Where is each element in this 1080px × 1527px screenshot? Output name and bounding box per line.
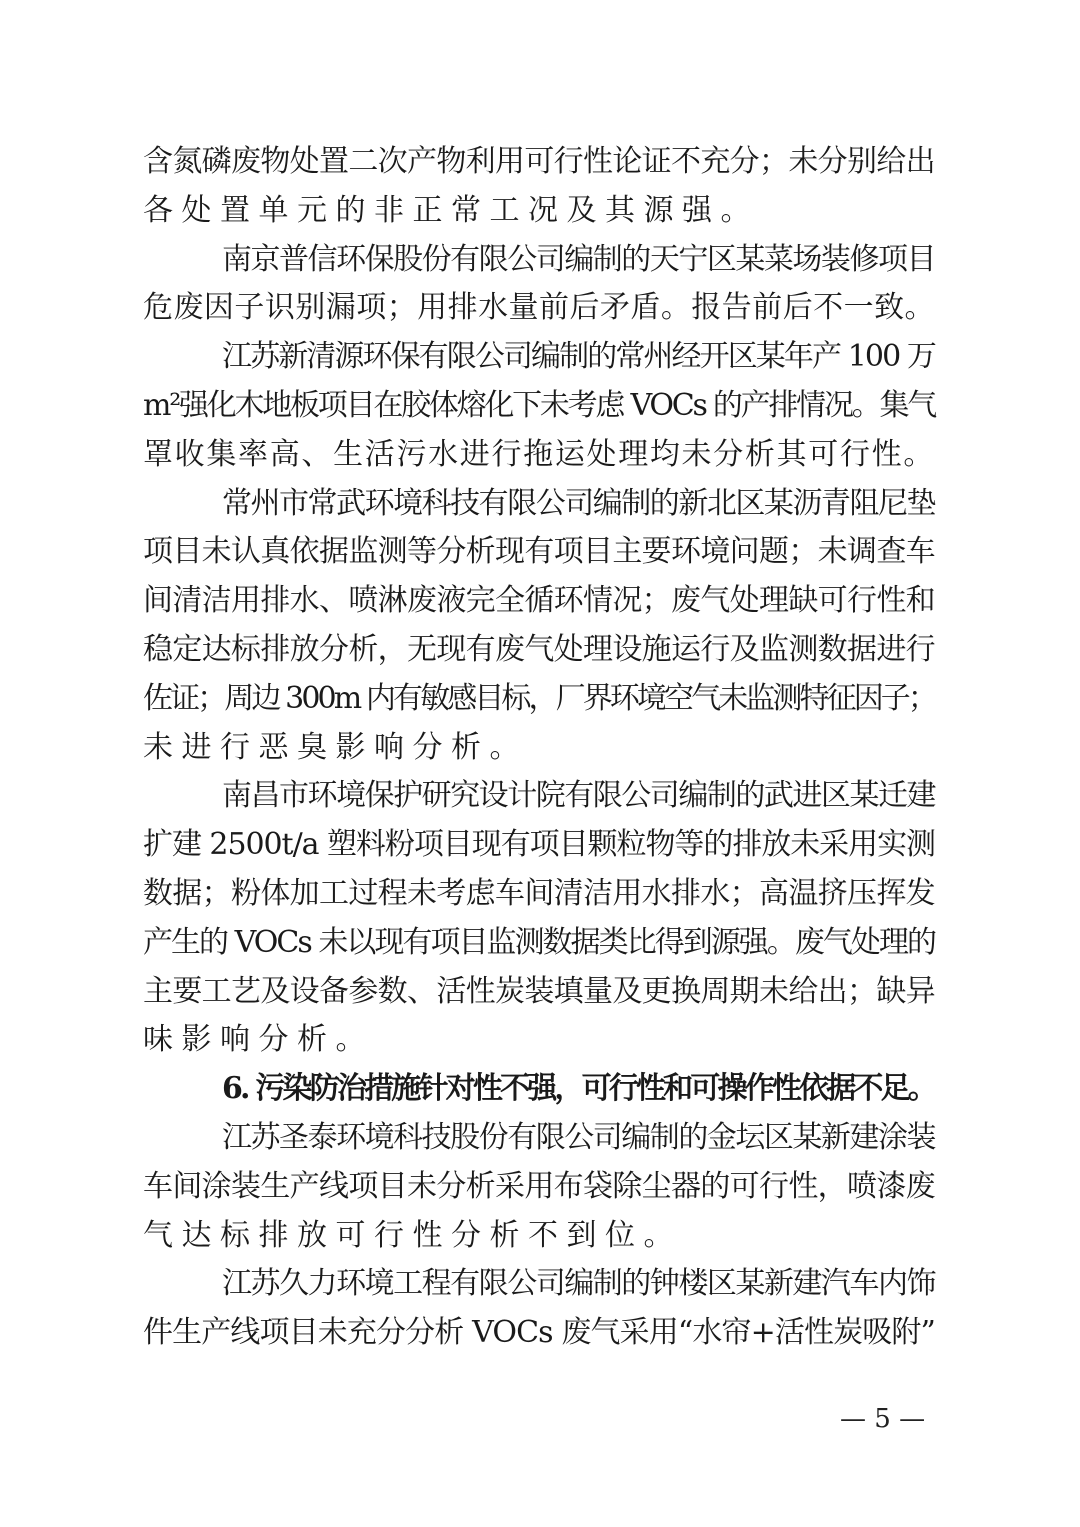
text-line: m²强化木地板项目在胶体熔化下未考虑 VOCs 的产排情况。集气 [143, 382, 935, 431]
text-line: 气达标排放可行性分析不到位。 [143, 1212, 935, 1261]
paragraph-first-line: 江苏久力环境工程有限公司编制的钟楼区某新建汽车内饰 [143, 1260, 935, 1309]
text-line: 罩收集率高、生活污水进行拖运处理均未分析其可行性。 [143, 431, 935, 480]
text-line: 产生的 VOCs 未以现有项目监测数据类比得到源强。废气处理的 [143, 919, 935, 968]
paragraph-first-line: 南京普信环保股份有限公司编制的天宁区某菜场装修项目 [143, 236, 935, 285]
text-line: 各处置单元的非正常工况及其源强。 [143, 187, 935, 236]
page-number: — 5 — [840, 1404, 925, 1434]
document-page: 含氮磷废物处置二次产物利用可行性论证不充分；未分别给出 各处置单元的非正常工况及… [143, 138, 935, 1358]
text-line: 稳定达标排放分析，无现有废气处理设施运行及监测数据进行 [143, 626, 935, 675]
text-line: 扩建 2500t/a 塑料粉项目现有项目颗粒物等的排放未采用实测 [143, 821, 935, 870]
paragraph-first-line: 南昌市环境保护研究设计院有限公司编制的武进区某迁建 [143, 772, 935, 821]
text-line: 味影响分析。 [143, 1016, 935, 1065]
text-line: 间清洁用排水、喷淋废液完全循环情况；废气处理缺可行性和 [143, 577, 935, 626]
text-line: 含氮磷废物处置二次产物利用可行性论证不充分；未分别给出 [143, 138, 935, 187]
text-line: 车间涂装生产线项目未分析采用布袋除尘器的可行性，喷漆废 [143, 1163, 935, 1212]
text-line: 项目未认真依据监测等分析现有项目主要环境问题；未调查车 [143, 528, 935, 577]
text-line: 佐证；周边 300m 内有敏感目标，厂界环境空气未监测特征因子； [143, 675, 935, 724]
text-line: 件生产线项目未充分分析 VOCs 废气采用“水帘+活性炭吸附” [143, 1309, 935, 1358]
paragraph-first-line: 江苏圣泰环境科技股份有限公司编制的金坛区某新建涂装 [143, 1114, 935, 1163]
text-line: 主要工艺及设备参数、活性炭装填量及更换周期未给出；缺异 [143, 968, 935, 1017]
text-line: 危废因子识别漏项；用排水量前后矛盾。报告前后不一致。 [143, 284, 935, 333]
text-line: 未进行恶臭影响分析。 [143, 724, 935, 773]
section-heading: 6. 污染防治措施针对性不强，可行性和可操作性依据不足。 [143, 1065, 935, 1114]
paragraph-first-line: 常州市常武环境科技有限公司编制的新北区某沥青阻尼垫 [143, 480, 935, 529]
text-line: 数据；粉体加工过程未考虑车间清洁用水排水；高温挤压挥发 [143, 870, 935, 919]
paragraph-first-line: 江苏新清源环保有限公司编制的常州经开区某年产 100 万 [143, 333, 935, 382]
